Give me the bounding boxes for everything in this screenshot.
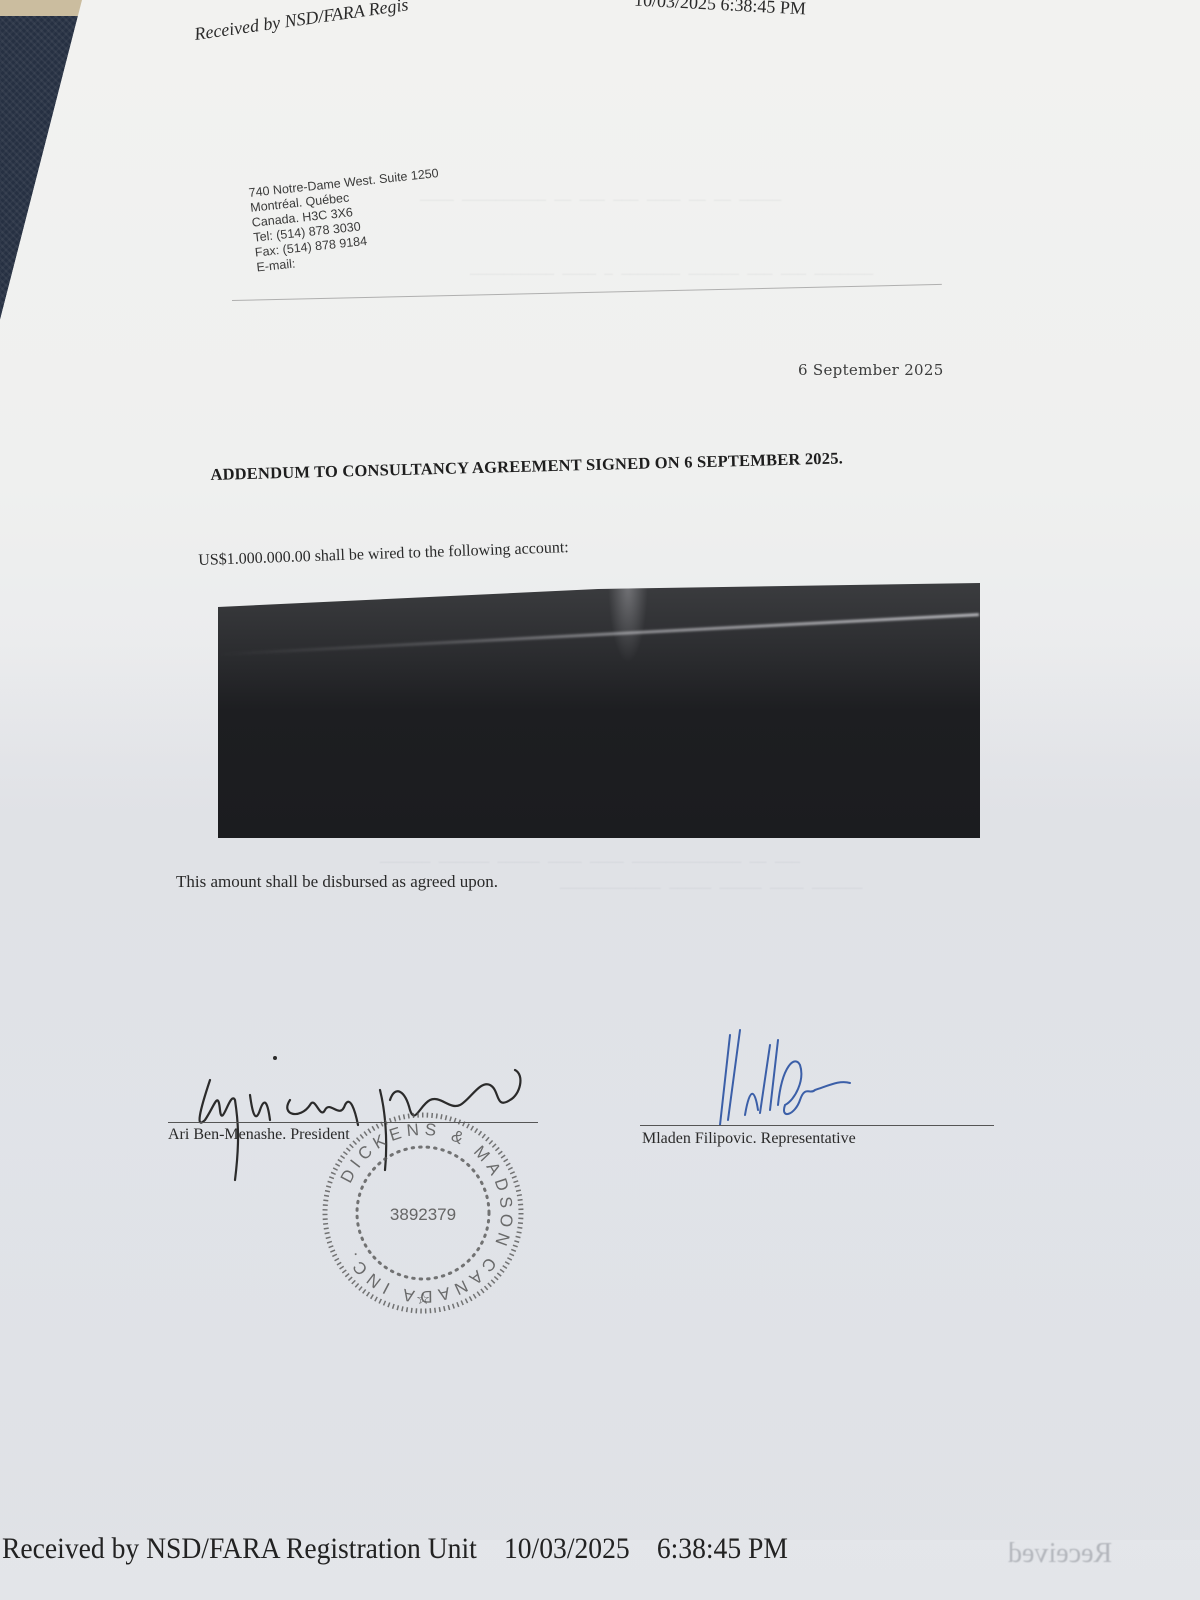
- svg-text:☆: ☆: [416, 1289, 430, 1308]
- bleed-through-text: ______ ______ _____ ____ ____ __________…: [380, 850, 800, 866]
- letterhead-divider: [232, 284, 942, 301]
- corporate-seal-icon: DICKENS & MADSON CANADA INC. 3892379 ☆: [318, 1108, 528, 1318]
- bleed-through-text: __________ ____ _ _______ ______ ___ ___…: [470, 262, 873, 278]
- wire-instruction: US$1.000.000.00 shall be wired to the fo…: [198, 539, 569, 570]
- ghost-bleed-text: Received: [1008, 1538, 1112, 1570]
- received-stamp-bottom-date: 10/03/2025: [504, 1532, 630, 1565]
- bleed-through-text: ____ __________ __ ___ ___ ____ __ __ __…: [420, 188, 781, 204]
- signature-right-icon: [700, 1025, 880, 1135]
- background-tan-surface: [0, 0, 82, 16]
- received-stamp-bottom-label: Received by NSD/FARA Registration Unit: [2, 1532, 477, 1565]
- received-stamp-top-label: Received by NSD/FARA Regis: [193, 0, 410, 45]
- received-stamp-top-datetime: 10/03/2025 6:38:45 PM: [634, 0, 807, 19]
- received-stamp-top: Received by NSD/FARA Regis 10/03/2025 6:…: [196, 2, 896, 62]
- document-date: 6 September 2025: [798, 361, 944, 379]
- photo-scene: ____ __________ __ ___ ___ ____ __ __ __…: [0, 0, 1200, 1600]
- received-stamp-bottom: Received by NSD/FARA Registration Unit 1…: [2, 1532, 808, 1566]
- document-page: ____ __________ __ ___ ___ ____ __ __ __…: [0, 0, 1200, 1600]
- document-title: ADDENDUM TO CONSULTANCY AGREEMENT SIGNED…: [210, 438, 971, 492]
- disbursement-note: This amount shall be disbursed as agreed…: [176, 872, 498, 892]
- received-stamp-bottom-time: 6:38:45 PM: [657, 1532, 788, 1565]
- signature-right-line: [640, 1125, 994, 1126]
- signature-right-name: Mladen Filipovic. Representative: [642, 1130, 856, 1148]
- svg-text:3892379: 3892379: [390, 1205, 456, 1224]
- letterhead-address: 740 Notre-Dame West. Suite 1250 Montréal…: [248, 166, 447, 275]
- bleed-through-text: ____________ _____ _____ ____ ______: [560, 876, 862, 892]
- redacted-account-block: [218, 583, 980, 838]
